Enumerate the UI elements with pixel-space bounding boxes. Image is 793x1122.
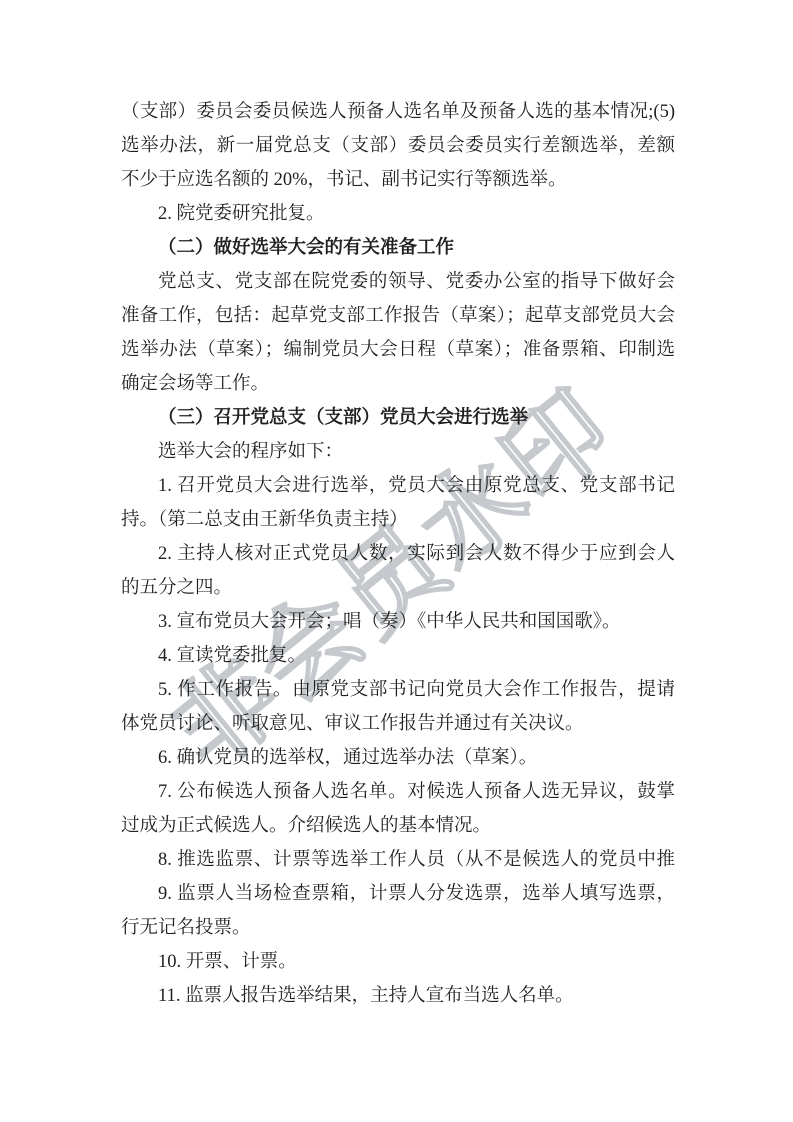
text-line: 9. 监票人当场检查票箱，计票人分发选票，选举人填写选票，进 [121,877,675,911]
text-line: 不少于应选名额的 20%，书记、副书记实行等额选举。 [121,163,675,197]
text-line: 持。（第二总支由王新华负责主持） [121,503,675,537]
text-line: 3. 宣布党员大会开会；唱（奏）《中华人民共和国国歌》。 [121,605,675,639]
text-line: 过成为正式候选人。介绍候选人的基本情况。 [121,809,675,843]
text-line: （三）召开党总支（支部）党员大会进行选举 [121,401,675,435]
text-line: （支部）委员会委员候选人预备人选名单及预备人选的基本情况;(5) [121,95,675,129]
text-line: 确定会场等工作。 [121,367,675,401]
text-line: 6. 确认党员的选举权，通过选举办法（草案）。 [121,741,675,775]
text-line: 行无记名投票。 [121,911,675,945]
text-line: 党总支、党支部在院党委的领导、党委办公室的指导下做好会议 [121,265,675,299]
text-line: 准备工作，包括：起草党支部工作报告（草案）；起草支部党员大会 [121,299,675,333]
text-line: （二）做好选举大会的有关准备工作 [121,231,675,265]
text-line: 8. 推选监票、计票等选举工作人员（从不是候选人的党员中推选）。 [121,843,675,877]
text-line: 2. 院党委研究批复。 [121,197,675,231]
text-line: 4. 宣读党委批复。 [121,639,675,673]
text-line: 1. 召开党员大会进行选举，党员大会由原党总支、党支部书记主 [121,469,675,503]
text-line: 选举办法（草案）；编制党员大会日程（草案）；准备票箱、印制选票、 [121,333,675,367]
text-line: 选举大会的程序如下： [121,435,675,469]
document-page: 非会员水印 （支部）委员会委员候选人预备人选名单及预备人选的基本情况;(5)选举… [0,0,793,1122]
text-line: 7. 公布候选人预备人选名单。对候选人预备人选无异议，鼓掌通 [121,775,675,809]
text-line: 2. 主持人核对正式党员人数，实际到会人数不得少于应到会人数 [121,537,675,571]
text-line: 5. 作工作报告。由原党支部书记向党员大会作工作报告，提请全 [121,673,675,707]
text-line: 体党员讨论、听取意见、审议工作报告并通过有关决议。 [121,707,675,741]
text-line: 选举办法，新一届党总支（支部）委员会委员实行差额选举，差额数 [121,129,675,163]
text-line: 10. 开票、计票。 [121,945,675,979]
text-line: 11. 监票人报告选举结果，主持人宣布当选人名单。 [121,979,675,1013]
text-line: 的五分之四。 [121,571,675,605]
document-content: （支部）委员会委员候选人预备人选名单及预备人选的基本情况;(5)选举办法，新一届… [121,95,675,1013]
